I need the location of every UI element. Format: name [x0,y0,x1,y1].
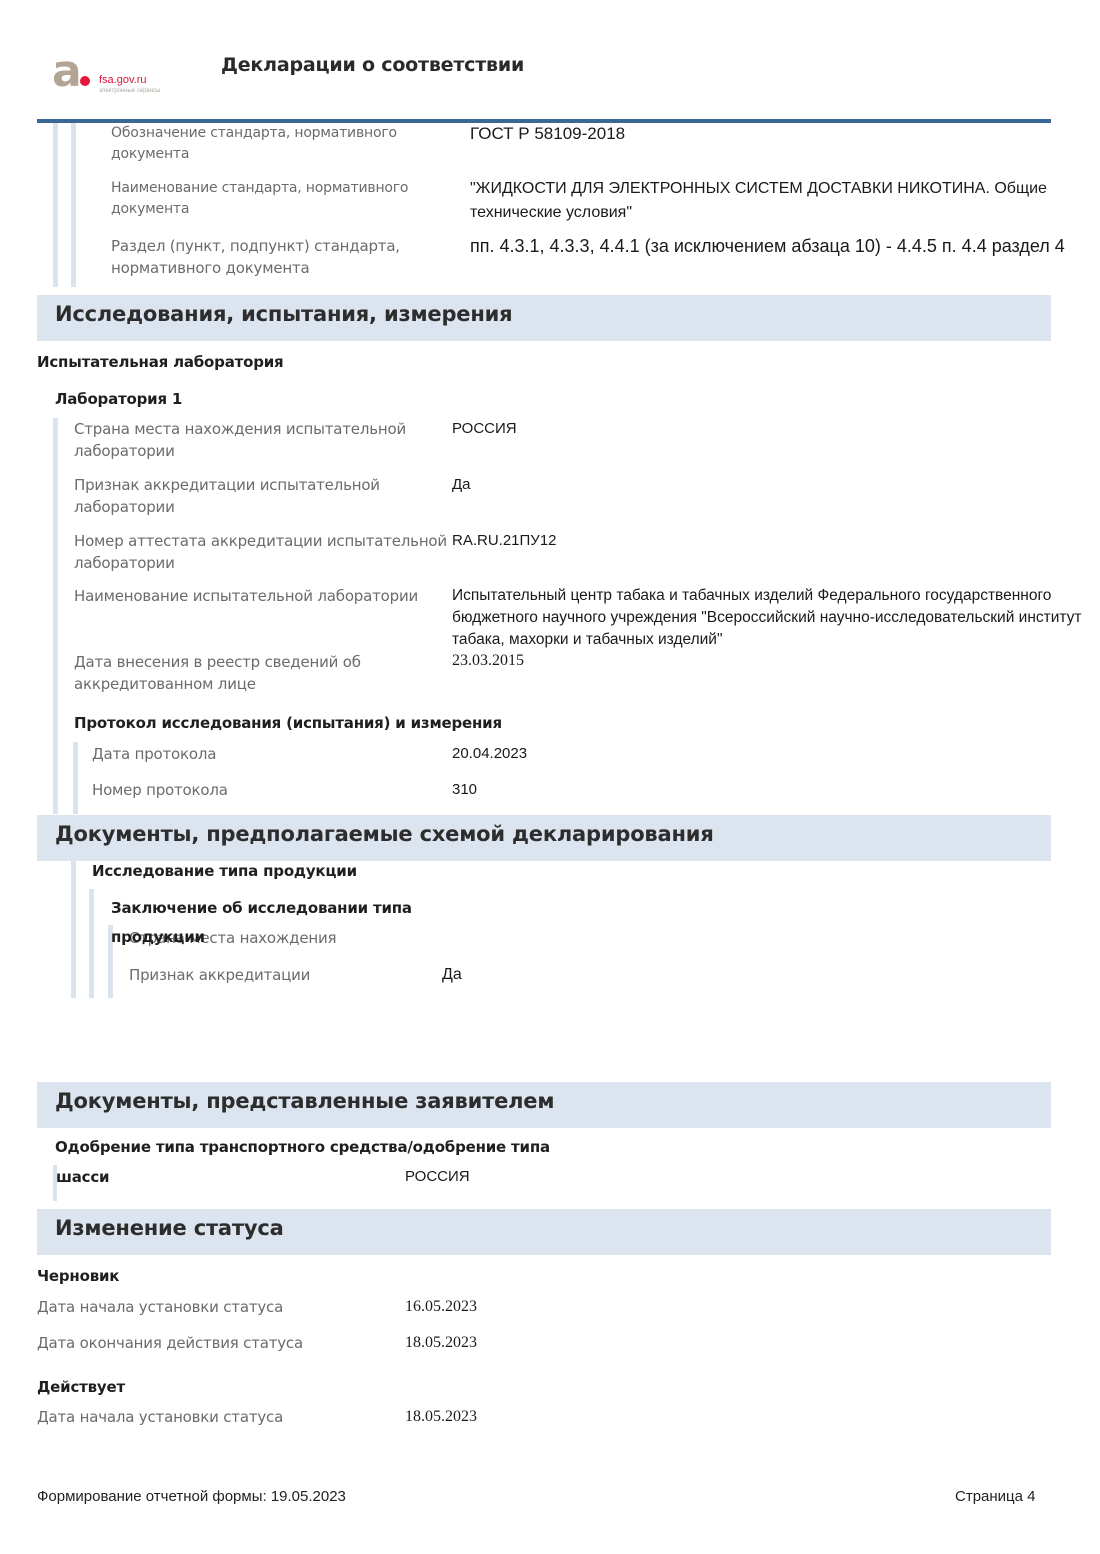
page-title: Декларации о соответствии [221,54,524,76]
field-value: 310 [452,779,477,801]
section-title: Документы, предполагаемые схемой деклари… [55,822,714,846]
logo-subtitle: электронные сервисы [99,88,160,94]
section-header-research: Исследования, испытания, измерения [37,295,1051,341]
indent-bar [73,742,78,814]
status-name: Черновик [37,1267,119,1285]
field-label: Раздел (пункт, подпункт) стандарта, норм… [111,235,431,279]
fsa-logo: a fsa.gov.ru электронные сервисы [52,52,182,98]
section-header-status-change: Изменение статуса [37,1209,1051,1255]
protocol-title: Протокол исследования (испытания) и изме… [74,714,502,732]
indent-bar [53,123,58,287]
indent-bar [71,123,76,287]
section-title: Документы, представленные заявителем [55,1089,554,1113]
field-value: РОССИЯ [405,1166,470,1188]
conclusion-title: Заключение об исследовании типа [111,899,412,917]
field-label: Номер протокола [92,779,228,801]
field-label: Номер аттестата аккредитации испытательн… [74,530,466,574]
field-value: 18.05.2023 [405,1406,477,1428]
field-value: 18.05.2023 [405,1332,477,1354]
field-value: 20.04.2023 [452,743,527,765]
section-header-scheme-docs: Документы, предполагаемые схемой деклари… [37,815,1051,861]
field-label: Обозначение стандарта, нормативного доку… [111,123,431,165]
field-label: Дата начала установки статуса [37,1296,283,1318]
page-number: Страница 4 [955,1488,1036,1505]
indent-bar [53,418,58,814]
field-label: Признак аккредитации [129,964,310,986]
logo-dot-icon [80,76,90,86]
report-generated-date: Формирование отчетной формы: 19.05.2023 [37,1488,346,1505]
field-value: пп. 4.3.1, 4.3.3, 4.4.1 (за исключением … [470,234,1080,258]
field-label: Дата протокола [92,743,216,765]
field-label: Дата внесения в реестр сведений об аккре… [74,651,394,695]
field-value: "ЖИДКОСТИ ДЛЯ ЭЛЕКТРОННЫХ СИСТЕМ ДОСТАВК… [470,177,1070,225]
group-title: Исследование типа продукции [92,862,357,880]
section-header-applicant-docs: Документы, представленные заявителем [37,1082,1051,1128]
status-name: Действует [37,1378,125,1396]
field-label: Наименование стандарта, нормативного док… [111,178,431,220]
field-label: Наименование испытательной лаборатории [74,585,444,607]
logo-site: fsa.gov.ru [99,74,147,86]
field-label: Признак аккредитации испытательной лабор… [74,474,444,518]
conclusion-title-cont: продукции [111,928,205,946]
lab-title: Лаборатория 1 [55,390,182,408]
field-value: 23.03.2015 [452,650,524,672]
item-title: Одобрение типа транспортного средства/од… [55,1138,550,1156]
field-value: Испытательный центр табака и табачных из… [452,585,1092,651]
field-value: РОССИЯ [452,418,517,440]
indent-bar [89,889,94,998]
section-title: Исследования, испытания, измерения [55,302,512,326]
field-value: ГОСТ Р 58109-2018 [470,122,1070,146]
section-title: Изменение статуса [55,1216,284,1240]
field-label: Дата окончания действия статуса [37,1332,303,1354]
logo-a-icon: a [52,52,82,92]
field-label: Страна места нахождения испытательной ла… [74,418,444,462]
field-value: Да [442,964,462,986]
field-value: 16.05.2023 [405,1296,477,1318]
indent-bar [71,861,76,998]
lab-group-title: Испытательная лаборатория [37,353,284,371]
field-value: RA.RU.21ПУ12 [452,530,557,552]
field-value: Да [452,474,471,496]
field-label: Дата начала установки статуса [37,1406,283,1428]
item-title-cont: шасси [56,1168,109,1186]
